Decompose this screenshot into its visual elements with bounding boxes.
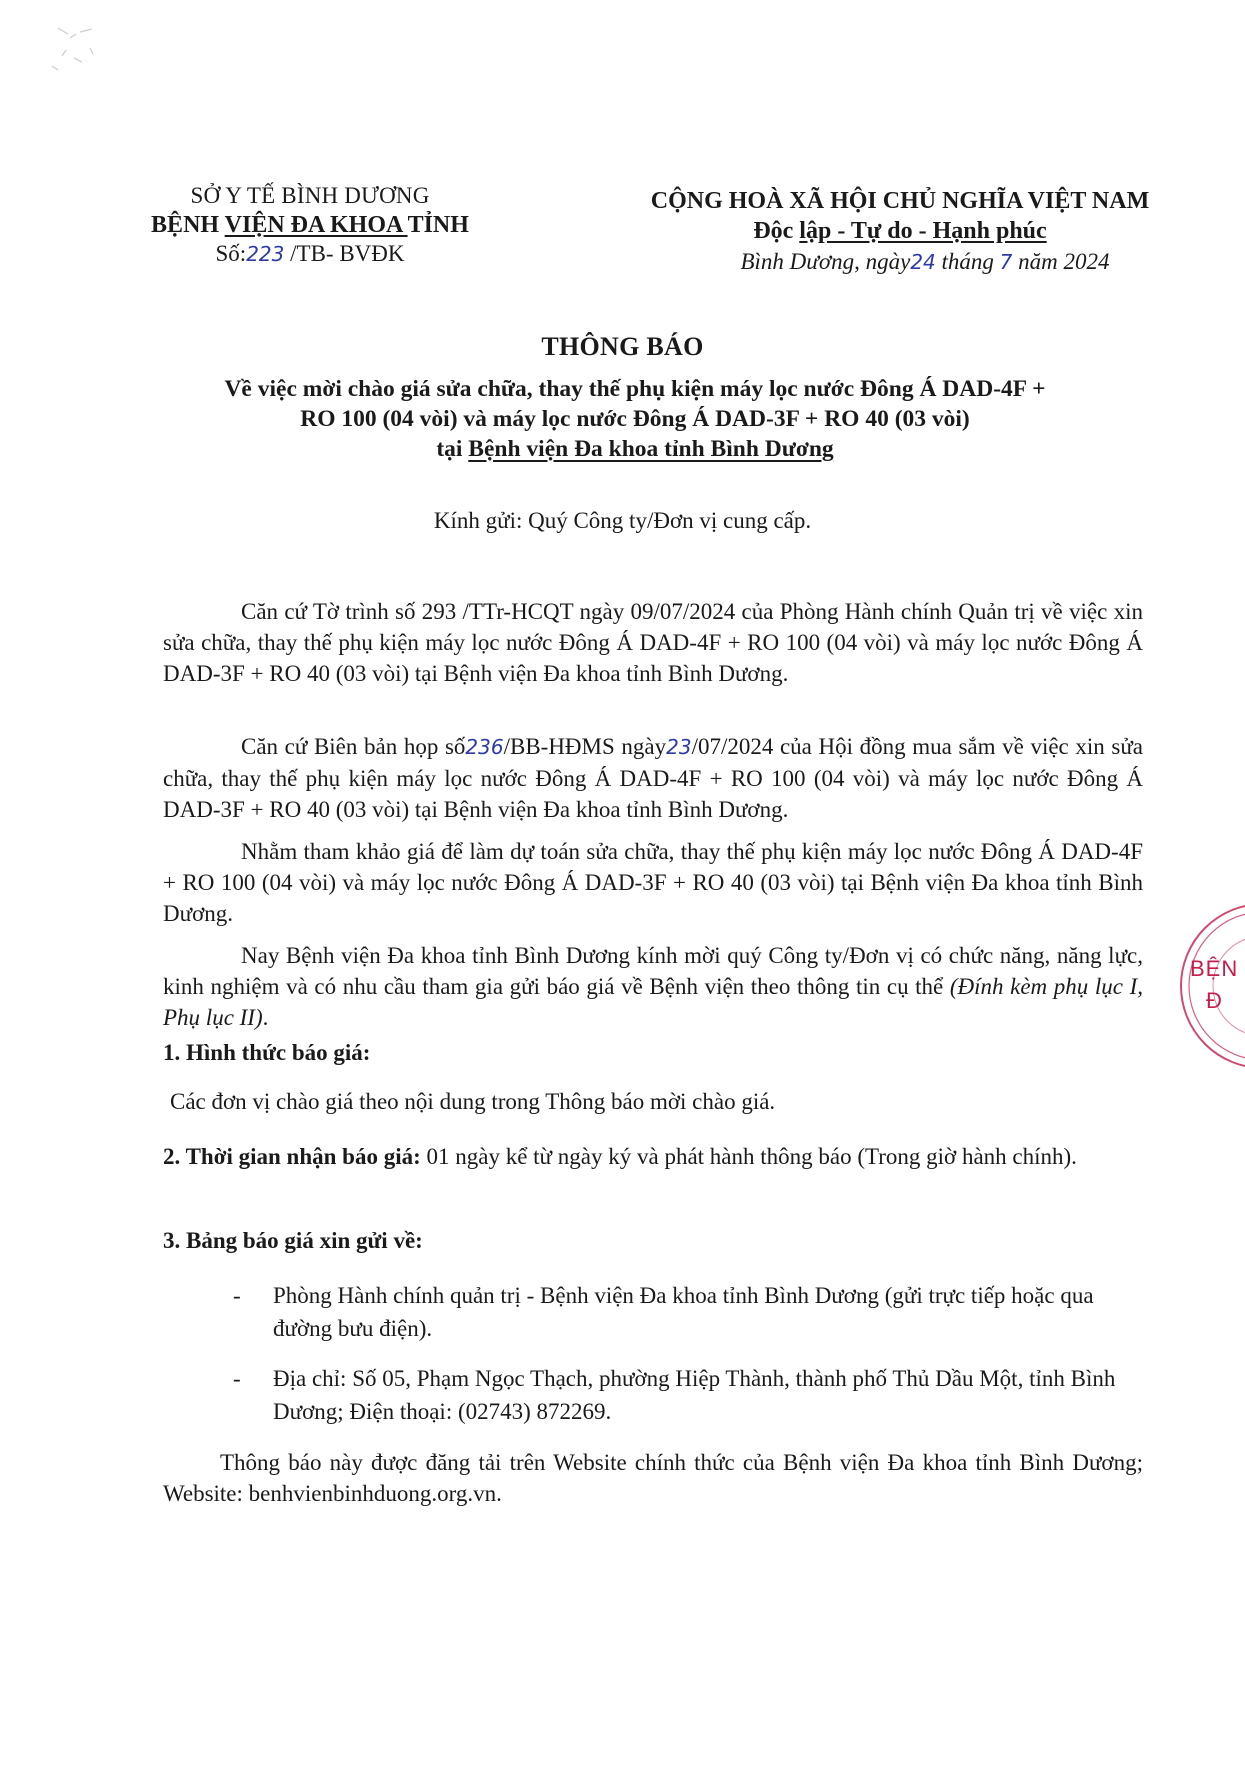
hospital-name: BỆNH VIỆN ĐA KHOA TỈNH xyxy=(120,210,500,240)
document-page: SỞ Y TẾ BÌNH DƯƠNG BỆNH VIỆN ĐA KHOA TỈN… xyxy=(0,0,1245,1766)
list-item: - Phòng Hành chính quản trị - Bệnh viện … xyxy=(235,1279,1143,1345)
handwritten-minutes-number: 236 xyxy=(465,735,503,759)
salutation: Kính gửi: Quý Công ty/Đơn vị cung cấp. xyxy=(0,508,1245,534)
nation-name: CỘNG HOÀ XÃ HỘI CHỦ NGHĨA VIỆT NAM xyxy=(600,186,1200,216)
department-name: SỞ Y TẾ BÌNH DƯƠNG xyxy=(120,182,500,210)
handwritten-day: 24 xyxy=(910,250,935,274)
list-item: - Địa chỉ: Số 05, Phạm Ngọc Thạch, phườn… xyxy=(235,1362,1143,1428)
section-1-text: Các đơn vị chào giá theo nội dung trong … xyxy=(170,1089,775,1115)
document-title: THÔNG BÁO xyxy=(0,332,1245,362)
section-3-heading: 3. Bảng báo giá xin gửi về: xyxy=(163,1228,423,1254)
official-stamp: BỆN Đ xyxy=(1168,898,1245,1078)
paragraph-basis-1: Căn cứ Tờ trình số 293 /TTr-HCQT ngày 09… xyxy=(163,596,1143,689)
national-header: CỘNG HOÀ XÃ HỘI CHỦ NGHĨA VIỆT NAM Độc l… xyxy=(600,186,1200,278)
stamp-text: BỆN xyxy=(1190,956,1238,982)
issue-date: Bình Dương, ngày24 tháng 7 năm 2024 xyxy=(600,246,1200,278)
section-1-heading: 1. Hình thức báo giá: xyxy=(163,1040,370,1066)
handwritten-month: 7 xyxy=(1000,250,1013,274)
paragraph-purpose: Nhằm tham khảo giá để làm dự toán sửa ch… xyxy=(163,836,1143,929)
paragraph-basis-2: Căn cứ Biên bản họp số236/BB-HĐMS ngày23… xyxy=(163,731,1143,825)
handwritten-number: 223 xyxy=(246,242,284,266)
national-motto: Độc lập - Tự do - Hạnh phúc xyxy=(600,216,1200,246)
stamp-text: Đ xyxy=(1206,988,1222,1014)
handwritten-minutes-day: 23 xyxy=(666,735,691,759)
document-number: Số:223 /TB- BVĐK xyxy=(120,240,500,268)
paragraph-invitation: Nay Bệnh viện Đa khoa tỉnh Bình Dương kí… xyxy=(163,940,1143,1033)
document-subject: Về việc mời chào giá sửa chữa, thay thế … xyxy=(150,374,1120,464)
section-2: 2. Thời gian nhận báo giá: 01 ngày kể từ… xyxy=(163,1140,1143,1173)
issuing-authority: SỞ Y TẾ BÌNH DƯƠNG BỆNH VIỆN ĐA KHOA TỈN… xyxy=(120,182,500,268)
closing-paragraph: Thông báo này được đăng tải trên Website… xyxy=(163,1447,1143,1509)
scribble-marks xyxy=(40,20,130,90)
